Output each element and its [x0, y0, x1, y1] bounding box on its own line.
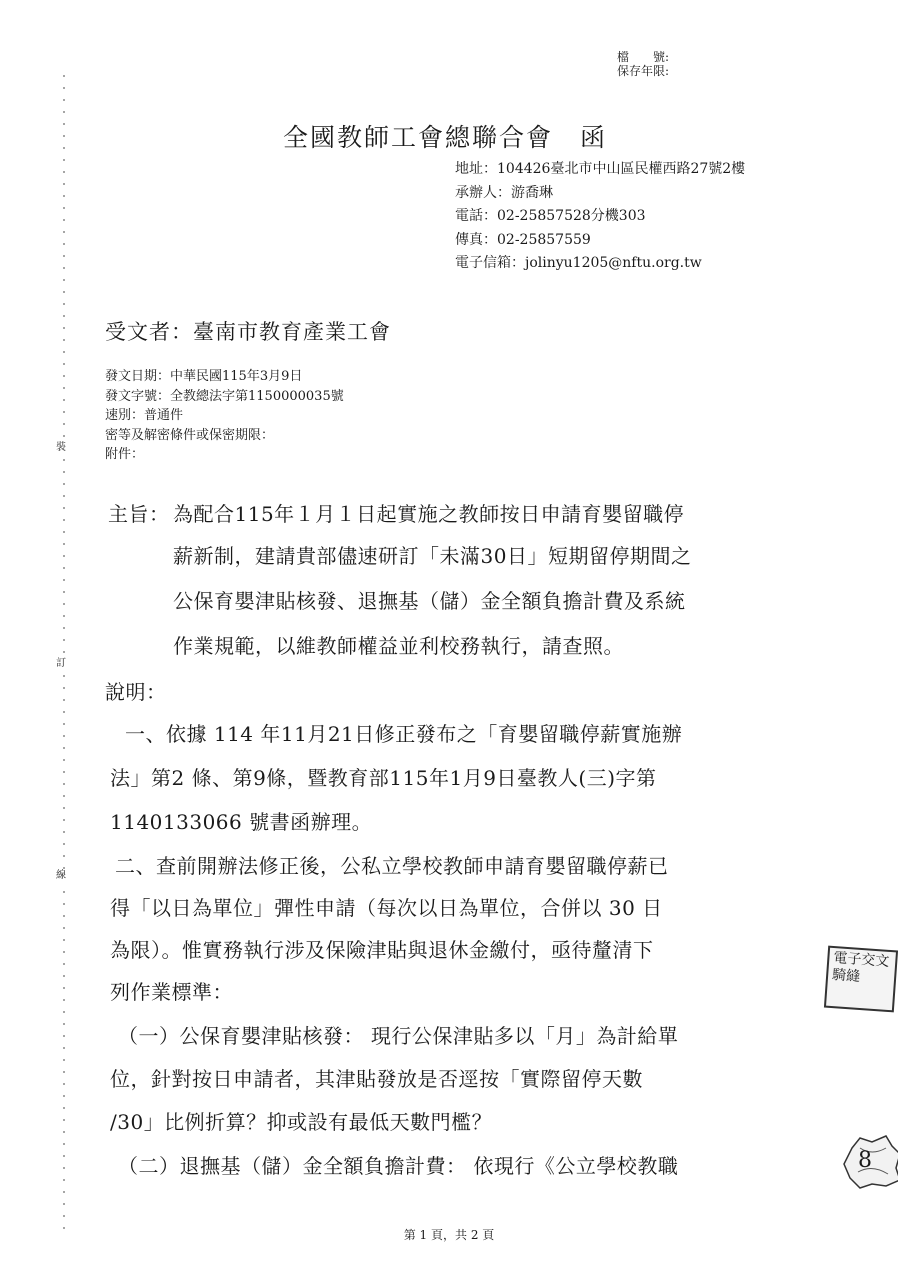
receipt-stamp-text: 電子交文騎縫 [832, 950, 890, 988]
doc-number: 發文字號：全教總法字第1150000035號 [105, 387, 344, 407]
subject-line: 為配合115年１月１日起實施之教師按日申請育嬰留職停 [173, 498, 684, 527]
receipt-stamp: 電子交文騎縫 [824, 946, 898, 1013]
explanation-line: 位，針對按日申請者，其津貼發放是否逕按「實際留停天數 [110, 1063, 643, 1092]
explanation-line: 列作業標準： [110, 976, 233, 1005]
issue-date: 發文日期：中華民國115年3月9日 [105, 367, 344, 387]
binding-char-zhuang: 裝 [56, 442, 66, 454]
recipient: 受文者：臺南市教育產業工會 [105, 316, 391, 346]
subject-line: 作業規範，以維教師權益並利校務執行，請查照。 [173, 630, 624, 659]
address: 地址：104426臺北市中山區民權西路27號2樓 [455, 158, 800, 182]
explanation-line: 1140133066 號書函辦理。 [110, 806, 372, 835]
subject-line: 薪新制，建請貴部儘速研訂「未滿30日」短期留停期間之 [173, 540, 691, 569]
page-footer: 第 1 頁，共 2 頁 [0, 1226, 898, 1243]
binding-dotted-line [63, 70, 65, 1230]
doc-meta: 檔 號: 保存年限: [617, 50, 669, 78]
explanation-line: /30」比例折算？抑或設有最低天數門檻？ [110, 1106, 492, 1135]
security-level: 密等及解密條件或保密期限： [105, 426, 344, 446]
explanation-line: （一）公保育嬰津貼核發： 現行公保津貼多以「月」為計給單 [118, 1020, 678, 1049]
seal-number: 8 [858, 1148, 872, 1173]
doc-info: 發文日期：中華民國115年3月9日 發文字號：全教總法字第1150000035號… [105, 367, 344, 465]
handler: 承辦人：游喬琳 [455, 182, 800, 206]
subject-label: 主旨： [108, 498, 170, 527]
fax: 傳真：02-25857559 [455, 229, 800, 253]
subject-line: 公保育嬰津貼核發、退撫基（儲）金全額負擔計費及系統 [173, 585, 686, 614]
email: 電子信箱：jolinyu1205@nftu.org.tw [455, 252, 800, 276]
binding-char-ding: 訂 [56, 658, 66, 670]
explanation-line: 為限）。惟實務執行涉及保險津貼與退休金繳付，亟待釐清下 [110, 934, 654, 963]
seal-stamp-icon: 8 [842, 1134, 898, 1190]
explanation-line: 一、依據 114 年11月21日修正發布之「育嬰留職停薪實施辦 [125, 718, 682, 747]
explanation-line: 得「以日為單位」彈性申請（每次以日為單位，合併以 30 日 [110, 892, 663, 921]
speed: 速別：普通件 [105, 406, 344, 426]
phone: 電話：02-25857528分機303 [455, 205, 800, 229]
binding-char-xian: 線 [56, 870, 66, 882]
explanation-line: 法」第2 條、第9條，暨教育部115年1月9日臺教人(三)字第 [110, 762, 657, 791]
explanation-label: 說明： [105, 676, 167, 705]
retention-label: 保存年限: [617, 64, 669, 78]
file-number-label: 檔 號: [617, 50, 669, 64]
page-title: 全國教師工會總聯合會 函 [283, 118, 607, 154]
binding-margin: 裝 訂 線 [54, 70, 74, 1230]
explanation-line: 二、查前開辦法修正後，公私立學校教師申請育嬰留職停薪已 [115, 850, 669, 879]
contact-block: 地址：104426臺北市中山區民權西路27號2樓 承辦人：游喬琳 電話：02-2… [455, 158, 800, 276]
attachment: 附件： [105, 445, 344, 465]
explanation-line: （二）退撫基（儲）金全額負擔計費： 依現行《公立學校教職 [118, 1150, 678, 1179]
